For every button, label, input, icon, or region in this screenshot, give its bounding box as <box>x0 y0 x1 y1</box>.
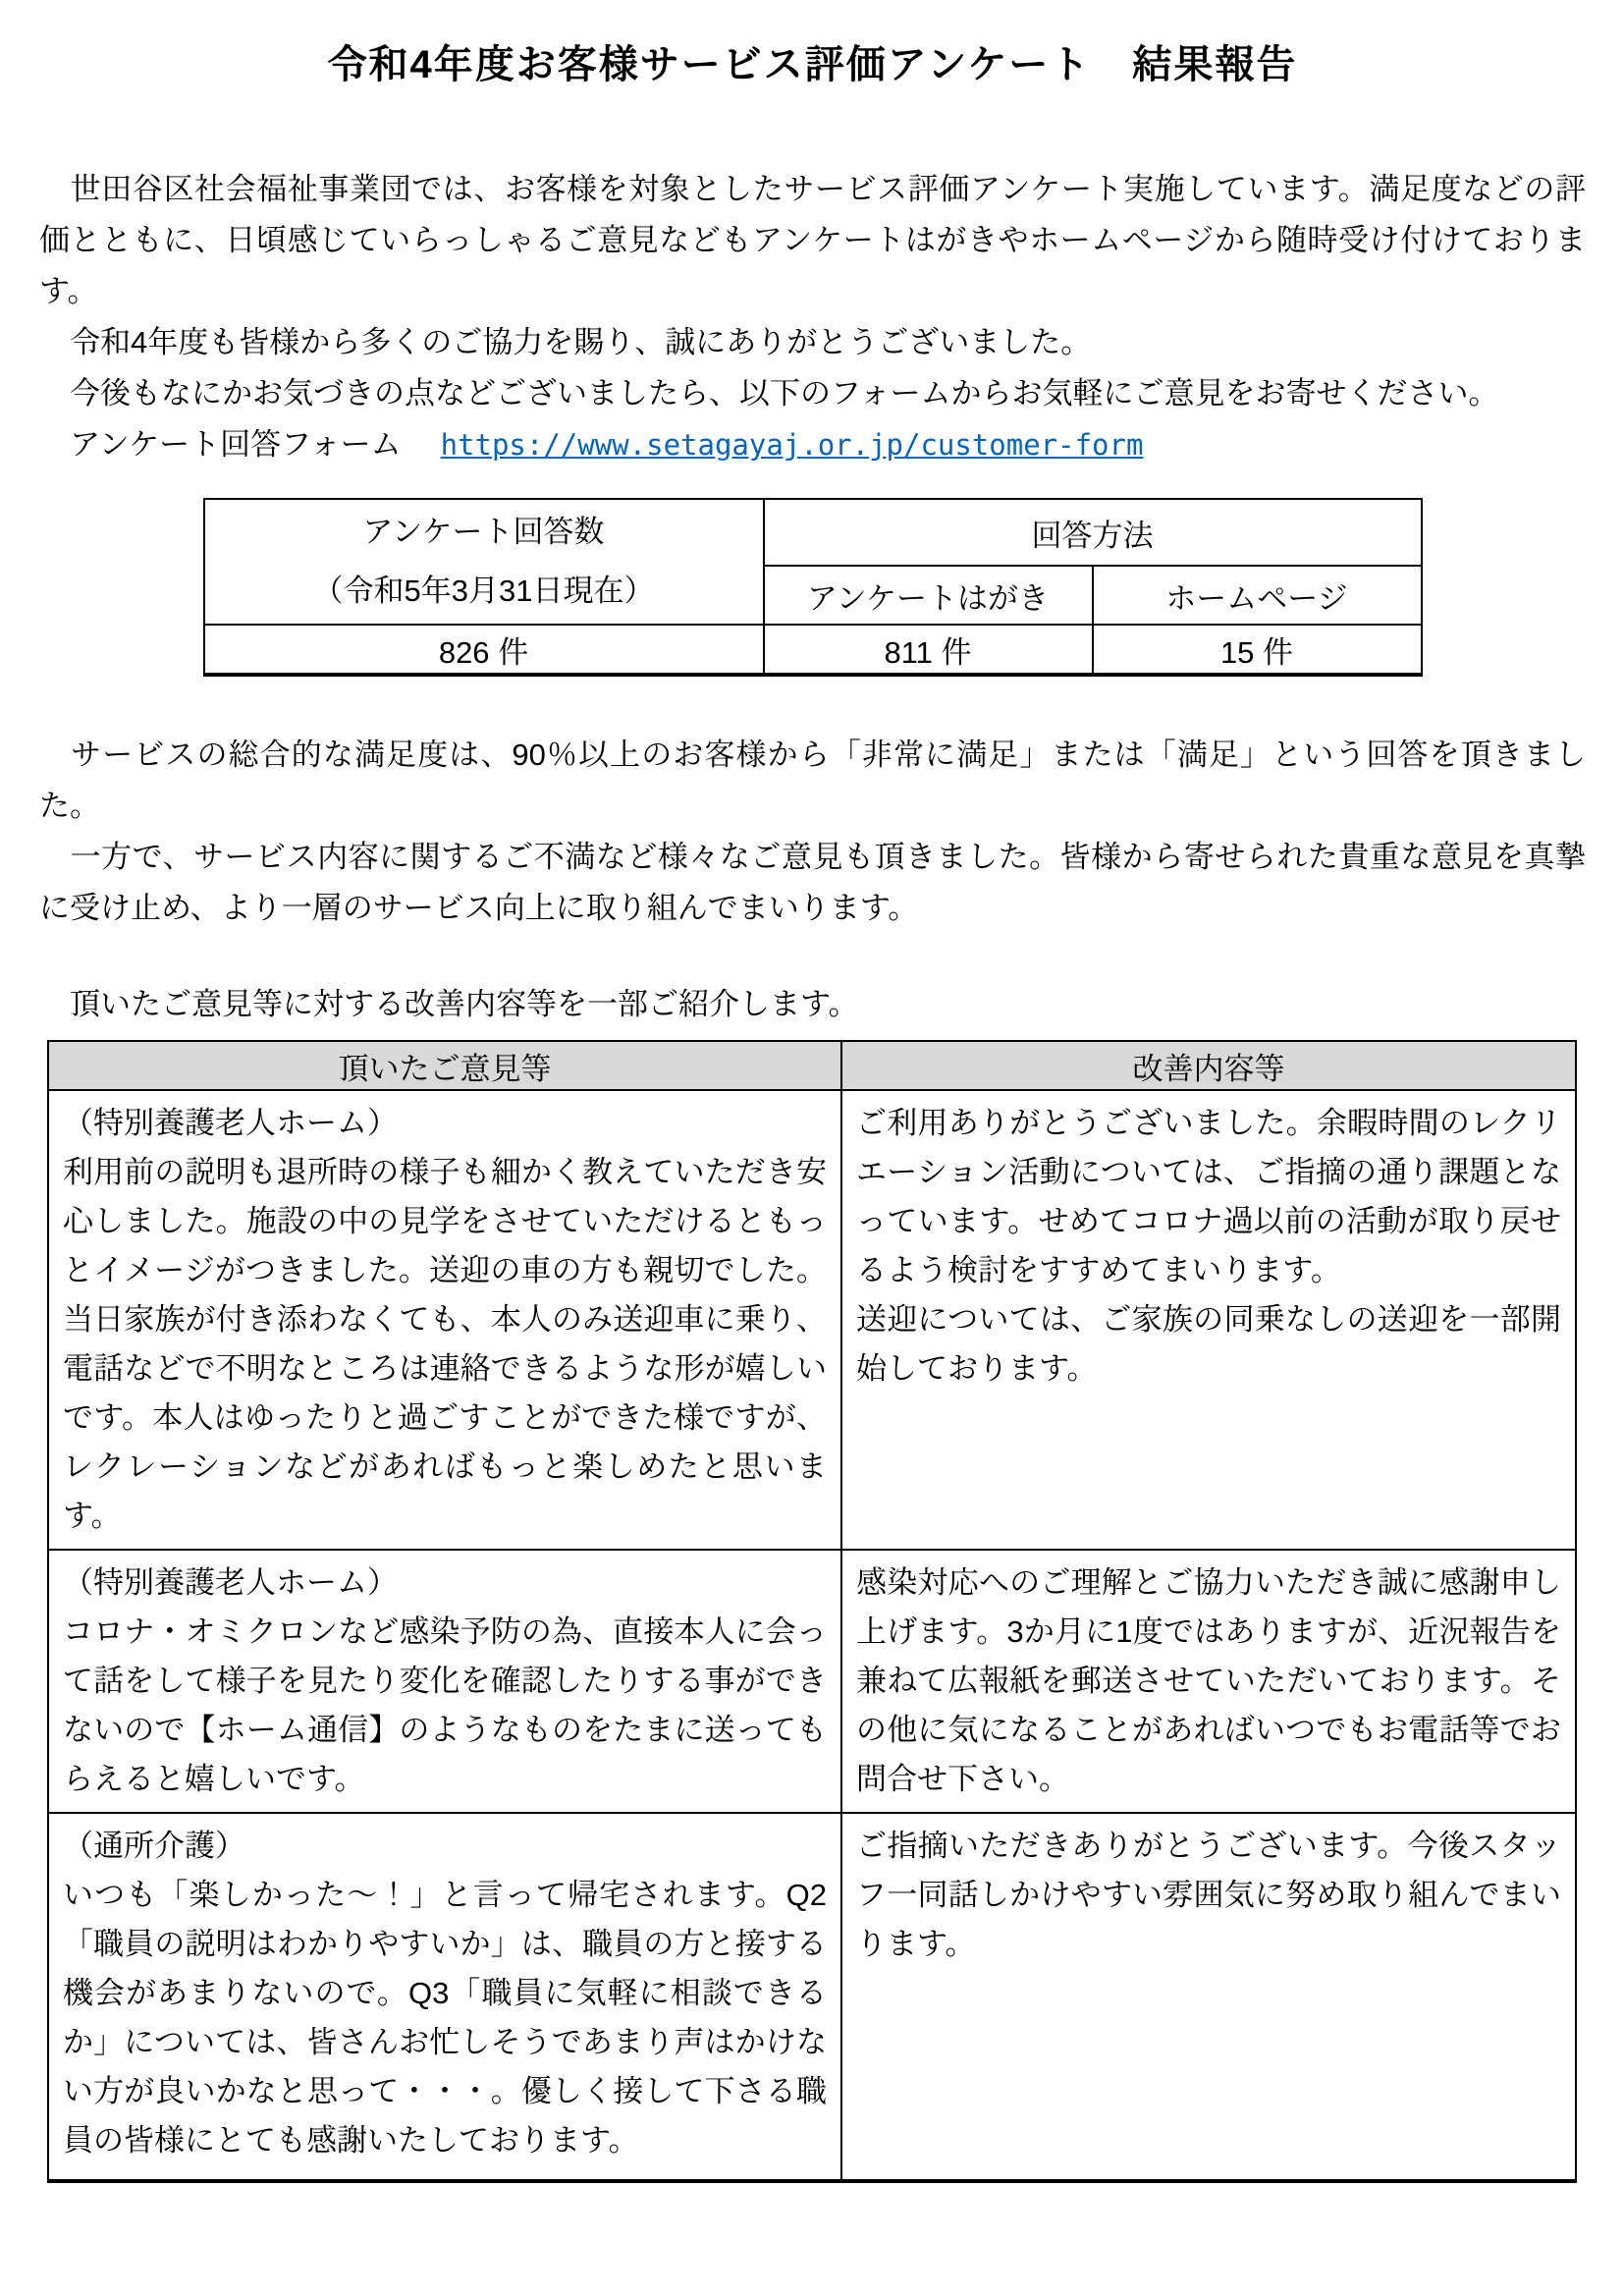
response-cell-2: 感染対応へのご理解とご協力いただき誠に感謝申し上げます。3か月に1度ではあります… <box>841 1550 1576 1813</box>
summary-homepage-value: 15 件 <box>1093 625 1422 675</box>
customer-form-link[interactable]: https://www.setagayaj.or.jp/customer-for… <box>441 428 1144 462</box>
page-title: 令和4年度お客様サービス評価アンケート 結果報告 <box>39 33 1586 89</box>
feedback-header-row: 頂いたご意見等 改善内容等 <box>48 1041 1576 1090</box>
feedback-header-opinion: 頂いたご意見等 <box>48 1041 841 1090</box>
feedback-table: 頂いたご意見等 改善内容等 （特別養護老人ホーム） 利用前の説明も退所時の様子も… <box>47 1040 1577 2183</box>
summary-subheader-homepage: ホームページ <box>1093 566 1422 625</box>
summary-subheader-postcard: アンケートはがき <box>764 566 1093 625</box>
feedback-header-response: 改善内容等 <box>841 1041 1576 1090</box>
form-line: アンケート回答フォームhttps://www.setagayaj.or.jp/c… <box>39 419 1586 470</box>
summary-values-row: 826 件 811 件 15 件 <box>204 625 1422 675</box>
response-cell-3: ご指摘いただきありがとうございます。今後スタッフ一同話しかけやすい雰囲気に努め取… <box>841 1813 1576 2181</box>
satisfaction-paragraph: サービスの総合的な満足度は、90％以上のお客様から「非常に満足」または「満足」と… <box>39 730 1586 832</box>
summary-total-value: 826 件 <box>204 625 764 675</box>
form-label: アンケート回答フォーム <box>39 427 402 462</box>
summary-header-row: アンケート回答数 （令和5年3月31日現在） 回答方法 <box>204 499 1422 566</box>
summary-postcard-value: 811 件 <box>764 625 1093 675</box>
summary-count-header-cell: アンケート回答数 （令和5年3月31日現在） <box>204 499 764 625</box>
intro-paragraph-2: 令和4年度も皆様から多くのご協力を賜り、誠にありがとうございました。 <box>39 317 1586 368</box>
opinion-cell-1: （特別養護老人ホーム） 利用前の説明も退所時の様子も細かく教えていただき安心しま… <box>48 1090 841 1550</box>
opinion-cell-3: （通所介護） いつも「楽しかった～！」と言って帰宅されます。Q2「職員の説明はわ… <box>48 1813 841 2181</box>
table-row: （通所介護） いつも「楽しかった～！」と言って帰宅されます。Q2「職員の説明はわ… <box>48 1813 1576 2181</box>
intro-paragraph-3: 今後もなにかお気づきの点などございましたら、以下のフォームからお気軽にご意見をお… <box>39 368 1586 419</box>
summary-count-title: アンケート回答数 <box>205 503 763 562</box>
table-row: （特別養護老人ホーム） 利用前の説明も退所時の様子も細かく教えていただき安心しま… <box>48 1090 1576 1550</box>
feedback-intro-line: 頂いたご意見等に対する改善内容等を一部ご紹介します。 <box>39 979 1586 1030</box>
summary-table: アンケート回答数 （令和5年3月31日現在） 回答方法 アンケートはがき ホーム… <box>203 498 1423 677</box>
summary-count-date: （令和5年3月31日現在） <box>205 562 763 621</box>
document-page: 令和4年度お客様サービス評価アンケート 結果報告 世田谷区社会福祉事業団では、お… <box>0 0 1623 2296</box>
table-row: （特別養護老人ホーム） コロナ・オミクロンなど感染予防の為、直接本人に会って話を… <box>48 1550 1576 1813</box>
opinion-cell-2: （特別養護老人ホーム） コロナ・オミクロンなど感染予防の為、直接本人に会って話を… <box>48 1550 841 1813</box>
improvement-paragraph: 一方で、サービス内容に関するご不満など様々なご意見も頂きました。皆様から寄せられ… <box>39 832 1586 934</box>
response-cell-1: ご利用ありがとうございました。余暇時間のレクリエーション活動については、ご指摘の… <box>841 1090 1576 1550</box>
intro-paragraph-1: 世田谷区社会福祉事業団では、お客様を対象としたサービス評価アンケート実施していま… <box>39 164 1586 317</box>
summary-method-header-cell: 回答方法 <box>764 499 1422 566</box>
